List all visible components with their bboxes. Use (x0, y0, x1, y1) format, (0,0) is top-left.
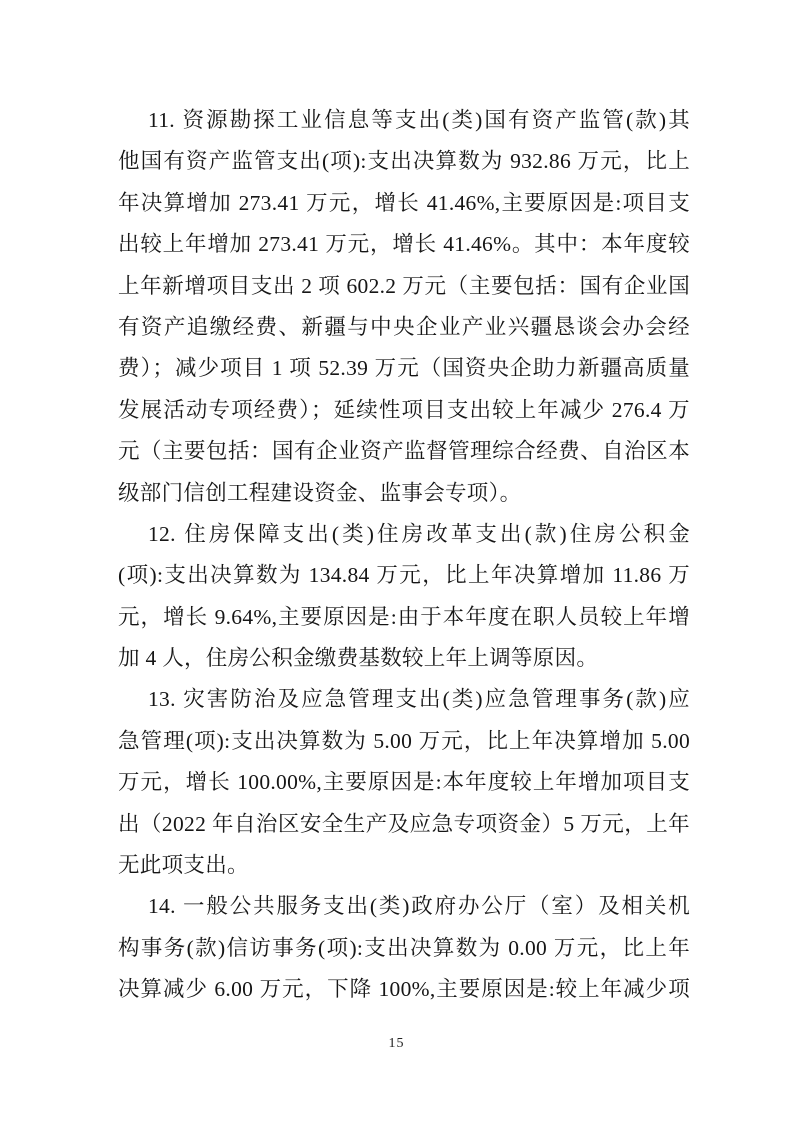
text-line: 出（2022 年自治区安全生产及应急专项资金）5 万元，上年 (118, 804, 690, 845)
text-line: 12. 住房保障支出(类)住房改革支出(款)住房公积金 (118, 514, 690, 555)
paragraph-item-13: 13. 灾害防治及应急管理支出(类)应急管理事务(款)应 急管理(项):支出决算… (118, 679, 690, 886)
text-line: 无此项支出。 (118, 845, 690, 886)
text-line: 费）；减少项目 1 项 52.39 万元（国资央企助力新疆高质量 (118, 348, 690, 389)
text-line: 级部门信创工程建设资金、监事会专项）。 (118, 473, 690, 514)
text-line: 13. 灾害防治及应急管理支出(类)应急管理事务(款)应 (118, 679, 690, 720)
paragraph-item-11: 11. 资源勘探工业信息等支出(类)国有资产监管(款)其 他国有资产监管支出(项… (118, 100, 690, 514)
paragraph-item-14: 14. 一般公共服务支出(类)政府办公厅（室）及相关机 构事务(款)信访事务(项… (118, 886, 690, 1010)
text-line: 元（主要包括：国有企业资产监督管理综合经费、自治区本 (118, 431, 690, 472)
text-line: 年决算增加 273.41 万元，增长 41.46%,主要原因是:项目支 (118, 183, 690, 224)
text-line: 万元，增长 100.00%,主要原因是:本年度较上年增加项目支 (118, 762, 690, 803)
text-line: 元，增长 9.64%,主要原因是:由于本年度在职人员较上年增 (118, 597, 690, 638)
paragraph-item-12: 12. 住房保障支出(类)住房改革支出(款)住房公积金 (项):支出决算数为 1… (118, 514, 690, 680)
text-line: 发展活动专项经费）；延续性项目支出较上年减少 276.4 万 (118, 390, 690, 431)
document-page: 11. 资源勘探工业信息等支出(类)国有资产监管(款)其 他国有资产监管支出(项… (0, 0, 793, 1122)
text-line: (项):支出决算数为 134.84 万元，比上年决算增加 11.86 万 (118, 555, 690, 596)
text-line: 构事务(款)信访事务(项):支出决算数为 0.00 万元，比上年 (118, 928, 690, 969)
document-body: 11. 资源勘探工业信息等支出(类)国有资产监管(款)其 他国有资产监管支出(项… (118, 100, 690, 1011)
text-line: 急管理(项):支出决算数为 5.00 万元，比上年决算增加 5.00 (118, 721, 690, 762)
text-line: 出较上年增加 273.41 万元，增长 41.46%。其中：本年度较 (118, 224, 690, 265)
text-line: 有资产追缴经费、新疆与中央企业产业兴疆恳谈会办会经 (118, 307, 690, 348)
text-line: 决算减少 6.00 万元，下降 100%,主要原因是:较上年减少项 (118, 969, 690, 1010)
text-line: 上年新增项目支出 2 项 602.2 万元（主要包括：国有企业国 (118, 266, 690, 307)
text-line: 他国有资产监管支出(项):支出决算数为 932.86 万元，比上 (118, 141, 690, 182)
text-line: 14. 一般公共服务支出(类)政府办公厅（室）及相关机 (118, 886, 690, 927)
text-line: 加 4 人，住房公积金缴费基数较上年上调等原因。 (118, 638, 690, 679)
text-line: 11. 资源勘探工业信息等支出(类)国有资产监管(款)其 (118, 100, 690, 141)
page-number: 15 (0, 1036, 793, 1052)
